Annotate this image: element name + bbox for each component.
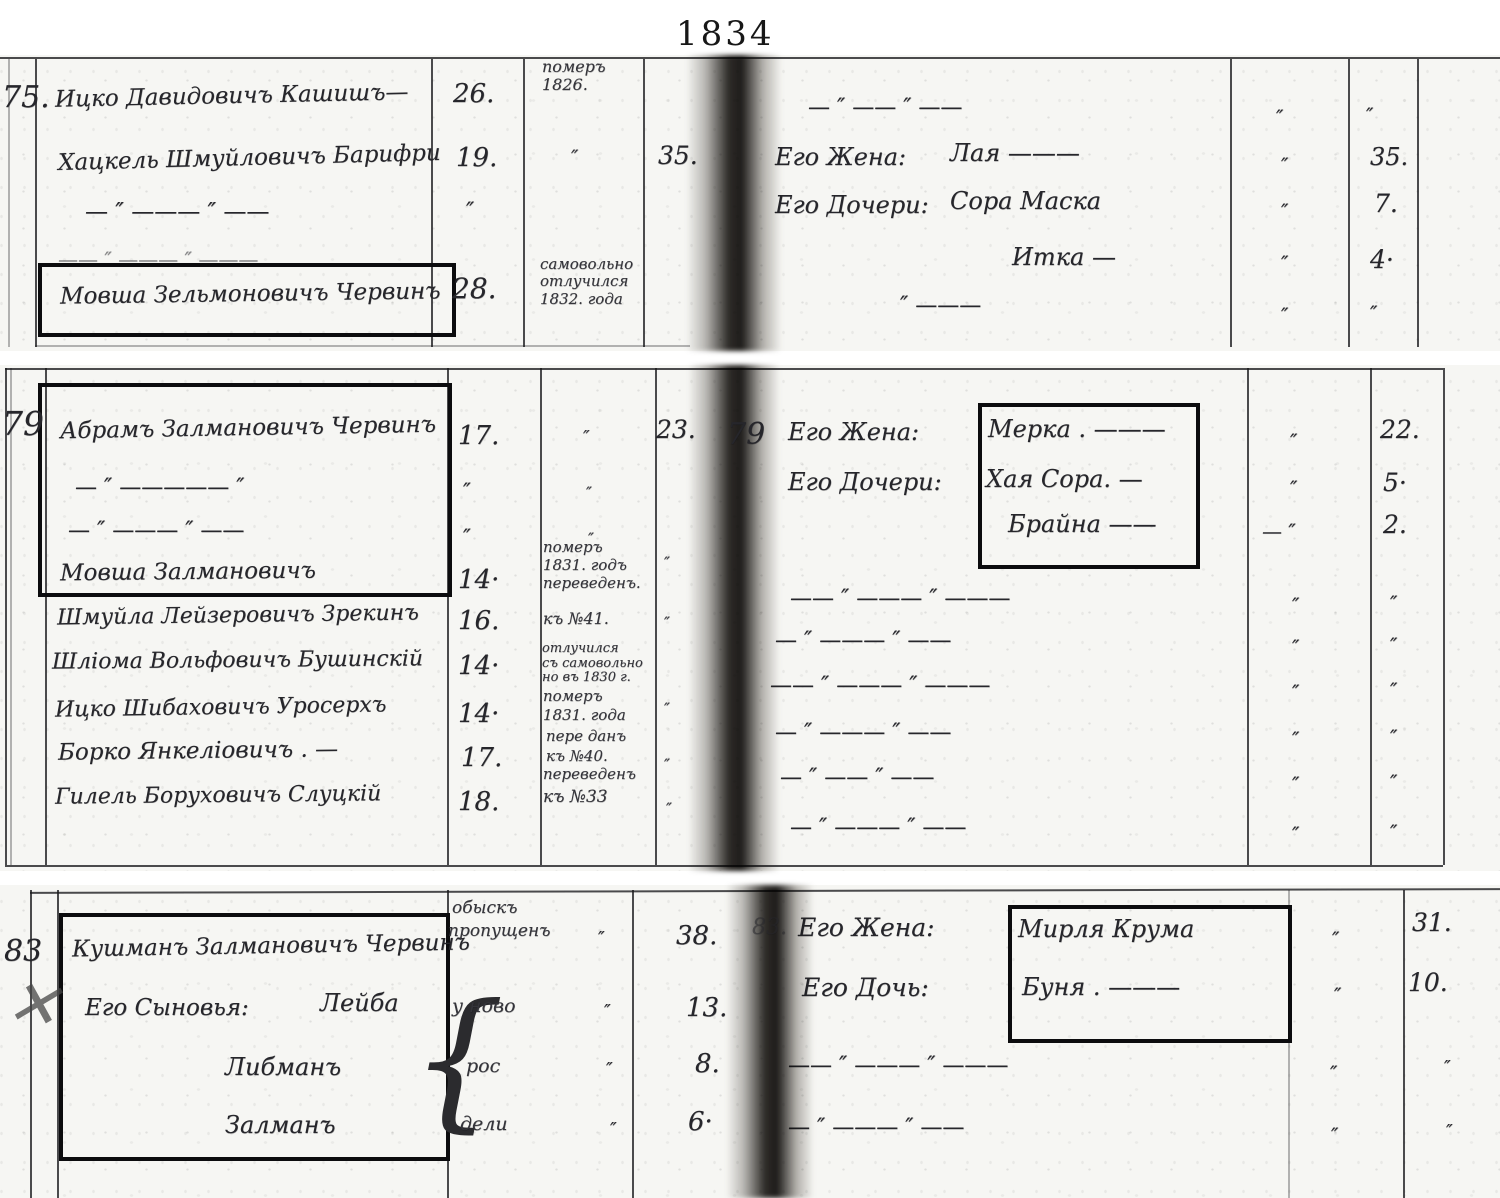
column-rule [1403,890,1405,1198]
gutter-row-number: 79 [727,420,765,450]
male-name: Шлiома Вольфовичъ Бушинскiй [52,648,423,673]
gutter-row-number: 83. [752,917,787,939]
ditto-mark: ″ [1334,985,1341,1005]
census-note-line: пропущенъ [448,923,550,940]
departure-note-line: но въ 1830 г. [542,671,631,684]
transfer-note-line: 1831. годъ [543,558,627,573]
ditto-mark: ″ [1366,105,1373,125]
year-heading: 1834 [676,14,775,54]
row-number: 75. [2,83,50,113]
departure-note-line: 1832. года [540,292,623,307]
ditto-mark: ″ [1292,774,1299,794]
dash-line: — ″ ——— ″ —— [775,630,951,652]
column-rule [1417,59,1419,347]
row-number: 83 [4,937,42,967]
column-rule [1370,368,1372,865]
ditto-mark: ″ [1390,635,1397,655]
ditto-mark: ″ [664,615,670,631]
revision-mid-number: 23. [656,417,696,442]
ditto-mark: ″ [1446,1123,1453,1141]
female-age: 5· [1383,470,1407,495]
female-age: 31. [1412,910,1452,935]
dash-line: — ″ —— ″ —— [808,97,962,119]
ditto-mark: ″ [1292,595,1299,615]
dash-line: —— ″ ——— ″ ——— [788,1055,1008,1077]
transfer-note-line: къ №33 [543,789,608,806]
ditto-mark: ″ [1390,727,1397,747]
ditto-mark: ″ [1444,1059,1451,1077]
dash-line: — ″ ——— ″ —— [85,201,269,224]
departure-note-line: отлучился [542,642,619,655]
death-note-line: 1826. [542,77,588,93]
dash-line: — ″ —— ″ —— [780,767,934,789]
residence-note-line: рос [466,1057,500,1076]
female-name: Мирля Крума [1018,917,1194,941]
column-rule [632,890,634,1198]
female-name: Лая ——— [950,141,1080,165]
transfer-note-line: пере данъ [546,729,626,744]
ditto-mark: ″ [1292,637,1299,657]
ditto-mark: ″ [598,930,605,948]
age-value: 13. [686,995,727,1021]
age-value: 14· [458,567,499,593]
revision-mid-number: 35. [658,143,698,168]
male-name: Либманъ [225,1055,341,1079]
ditto-mark: ″ [664,555,670,571]
table-bottom-border [35,345,690,347]
ditto-mark: ″ [1331,1125,1338,1145]
sons-label: Его Сыновья: [85,997,249,1020]
ditto-mark: ″ [463,481,471,502]
female-label: Его Дочь: [802,975,929,1000]
female-age: 7. [1374,191,1398,216]
age-value: 26. [453,81,494,107]
dash-line: — ″ ——— ″ —— [775,722,951,744]
dash-line: — ″ ——— ″ —— [68,520,244,542]
female-label: Его Жена: [775,145,906,169]
scan-strip-2: 79 Абрамъ Залмановичъ Червинъ 17. ″ 23. … [0,365,1500,871]
table-top-border [0,57,1500,59]
male-name: Мовша Залмановичъ [60,560,316,586]
ditto-mark: ″ [1370,303,1377,323]
ditto-mark: ″ [666,801,672,817]
table-top-border [5,368,1443,370]
ditto-mark: ″ [583,429,590,447]
ditto-mark: ″ [1292,824,1299,844]
ditto-mark: ″ [1390,822,1397,842]
age-value: 8. [695,1051,720,1077]
ditto-mark: ″ [1290,431,1297,451]
male-name: Ицко Шибаховичъ Уросерхъ [55,694,387,721]
transfer-note-line: къ №40. [546,749,608,764]
transfer-note-line: померъ [543,540,603,555]
dash-line: — ″ ——— ″ —— [788,1117,964,1139]
death-note-line: померъ [542,59,606,75]
ditto-mark: ″ [1281,201,1288,221]
age-value: 14· [458,653,499,679]
male-name: Борко Янкелiовичъ . — [58,738,338,764]
gutter-smudge [686,55,782,351]
table-right-border [1443,368,1445,865]
dash-line: ″ ——— [900,295,981,317]
departure-note-line: отлучился [540,274,628,289]
age-value: 17. [461,745,502,771]
scan-strip-3: ✕ 83 Кушманъ Залмановичъ Червинъ обыскъ … [0,885,1500,1198]
male-name: Гилель Боруховичъ Слуцкiй [55,783,381,808]
female-name: Брайна —— [1008,512,1157,536]
female-age: 35. [1370,145,1408,169]
female-name: Буня . ——— [1022,975,1180,999]
male-name: Шмуйла Лейзеровичъ Зрекинъ [57,602,419,629]
ditto-mark: ″ [586,485,592,501]
departure-note-line: съ самовольно [542,657,643,670]
ditto-mark: ″ [664,757,670,773]
age-value: 38. [676,923,717,949]
female-label: Его Дочери: [775,193,929,217]
ditto-mark: ″ [1292,729,1299,749]
ditto-mark: ″ [606,1061,613,1079]
transfer-note-line: переведенъ [543,767,636,782]
dash-line: —— ″ ——— ″ ——— [770,675,990,697]
female-age: 2. [1383,512,1407,537]
female-name: Мерка . ——— [988,417,1166,441]
ditto-mark: ″ [604,1003,611,1021]
ditto-mark: ″ [571,147,578,167]
census-note-line: обыскъ [452,900,517,917]
departure-note-line: самовольно [540,257,633,272]
female-label: Его Жена: [788,420,919,444]
female-name: Хая Сора. — [986,467,1143,491]
ditto-mark: ″ [1281,253,1288,273]
column-rule [1348,59,1350,347]
x-mark: ✕ [2,970,64,1041]
female-name: Сора Маска [950,189,1101,213]
male-name: Лейба [320,991,399,1015]
ditto-mark: ″ [1281,305,1288,325]
ditto-mark: ″ [1276,107,1283,127]
table-bottom-border [5,865,1443,867]
ditto-mark: ″ [463,527,471,548]
column-rule [1230,59,1232,347]
ditto-mark: ″ [1332,929,1339,949]
column-rule [523,59,525,347]
ditto-mark: ″ [1290,478,1297,498]
ditto-mark: ″ [1281,155,1288,175]
female-age: 4· [1370,247,1394,272]
male-name: Мовша Зельмоновичъ Червинъ [60,280,441,308]
column-rule [643,59,645,347]
scan-strip-1: 75. Ицко Давидовичъ Кашишъ— 26. померъ 1… [0,55,1500,351]
male-name: Залманъ [225,1113,336,1137]
row-number: 79 [2,407,44,440]
dash-line: — ″ ——— ″ —— [790,817,966,839]
female-age: 22. [1380,417,1420,442]
female-label: Его Дочери: [788,470,942,494]
age-value: 16. [458,608,499,634]
ditto-mark: ″ [1330,1063,1337,1083]
ditto-mark: ″ [1390,680,1397,700]
female-name: Итка — [1012,245,1116,269]
scanned-revision-list-page: { "page": { "year": "1834" }, "marks": {… [0,0,1500,1198]
transfer-note-line: къ №41. [543,611,609,627]
column-rule [1247,368,1249,865]
female-label: Его Жена: [798,915,935,940]
age-value: 14· [458,701,499,727]
age-value: 19. [456,145,497,171]
ditto-mark: ″ [610,1121,617,1139]
transfer-note-line: переведенъ. [543,576,641,591]
column-rule [540,368,542,865]
ditto-mark: ″ [1390,772,1397,792]
male-name: Ицко Давидовичъ Кашишъ— [55,81,409,111]
age-value: 28. [452,275,497,303]
ditto-mark: ″ [1292,682,1299,702]
age-value: 18. [458,789,499,815]
ditto-mark: ″ [466,201,474,223]
dash-line: —— ″ ——— ″ ——— [790,588,1010,610]
ditto-mark: ″ [1390,593,1397,613]
residence-note-line: дели [460,1115,508,1134]
age-value: 17. [458,423,499,449]
table-top-border [30,888,1500,894]
female-age: 10. [1408,970,1448,995]
male-name: Хацкель Шмуйловичъ Барифри [58,142,441,175]
death-note-line: померъ [543,689,603,704]
death-note-line: 1831. года [543,708,626,723]
dash-line: — ″ [1262,521,1296,541]
residence-note-line: у ново [452,997,516,1016]
age-value: 6· [688,1109,713,1135]
dash-line: — ″ ————— ″ [75,477,244,499]
ditto-mark: ″ [664,701,670,717]
